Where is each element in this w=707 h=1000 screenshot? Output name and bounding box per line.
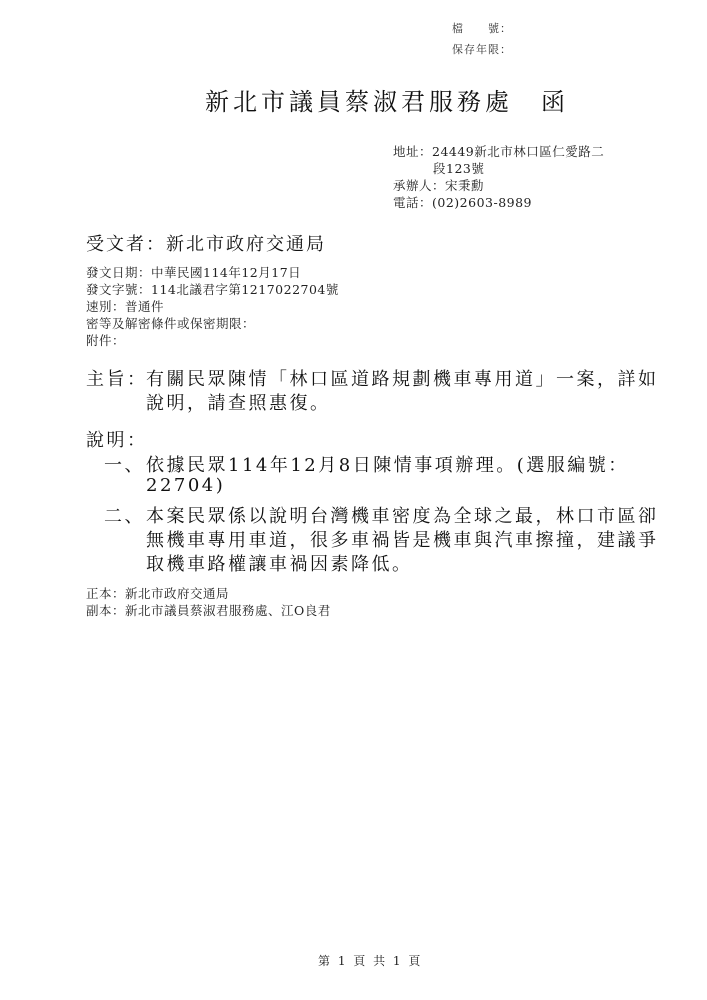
explanation-label: 說明： bbox=[86, 426, 148, 452]
sender-phone: 電話：(02)2603-8989 bbox=[393, 193, 532, 211]
recipient: 受文者：新北市政府交通局 bbox=[86, 230, 326, 256]
item-marker: 一、 bbox=[104, 451, 145, 477]
attachment: 附件： bbox=[86, 331, 125, 349]
page-number: 第 1 頁 共 1 頁 bbox=[318, 952, 422, 969]
item-marker: 二、 bbox=[104, 502, 145, 528]
sender-address-line2: 段123號 bbox=[433, 159, 484, 177]
retention-period-label: 保存年限： bbox=[452, 41, 512, 57]
document-title: 新北市議員蔡淑君服務處函 bbox=[205, 82, 569, 117]
item-line: 取機車路權讓車禍因素降低。 bbox=[146, 550, 413, 576]
document-type: 函 bbox=[541, 88, 569, 116]
sender-address-line1: 地址：24449新北市林口區仁愛路二 bbox=[393, 142, 604, 160]
original-recipient: 正本：新北市政府交通局 bbox=[86, 584, 229, 602]
confidentiality: 密等及解密條件或保密期限： bbox=[86, 314, 255, 332]
sender-contact: 承辦人：宋秉勳 bbox=[393, 176, 484, 194]
item-line: 無機車專用車道，很多車禍皆是機車與汽車擦撞，建議爭 bbox=[146, 526, 659, 552]
item-line: 22704) bbox=[146, 475, 225, 496]
issue-date: 發文日期：中華民國114年12月17日 bbox=[86, 263, 301, 281]
delivery-speed: 速別：普通件 bbox=[86, 297, 164, 315]
file-number-label: 檔 號： bbox=[452, 20, 512, 36]
item-line: 依據民眾114年12月8日陳情事項辦理。(選服編號： bbox=[146, 451, 629, 477]
copy-recipients: 副本：新北市議員蔡淑君服務處、江O良君 bbox=[86, 601, 331, 619]
office-name: 新北市議員蔡淑君服務處 bbox=[205, 88, 513, 116]
subject-label: 主旨： bbox=[86, 365, 148, 391]
document-number: 發文字號：114北議君字第1217022704號 bbox=[86, 280, 339, 298]
subject-line-1: 有關民眾陳情「林口區道路規劃機車專用道」一案，詳如 bbox=[146, 365, 659, 391]
subject-line-2: 說明，請查照惠復。 bbox=[146, 389, 331, 415]
item-line: 本案民眾係以說明台灣機車密度為全球之最，林口市區卻 bbox=[146, 502, 659, 528]
